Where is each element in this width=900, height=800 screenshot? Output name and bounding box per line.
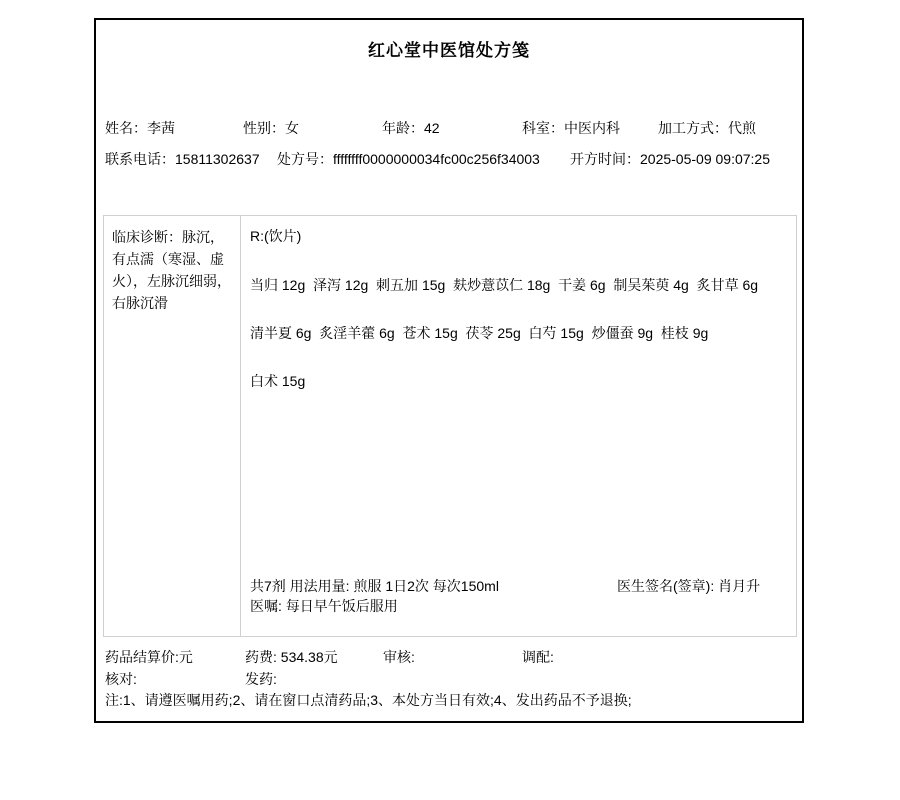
contact-phone-field: 联系电话：15811302637 xyxy=(105,150,260,168)
doctor-signature: 医生签名(签章): 肖月升 xyxy=(617,577,760,595)
rx-type-header: R:(饮片) xyxy=(250,227,301,245)
review-field: 审核: xyxy=(383,648,415,666)
clinical-diagnosis: 临床诊断：脉沉，有点濡（寒湿、虚火），左脉沉细弱，右脉沉滑 xyxy=(104,216,241,636)
patient-gender-field: 性别：女 xyxy=(243,119,299,137)
settle-price-field: 药品结算价:元 xyxy=(105,648,193,666)
doctor-advice: 医嘱: 每日早午饭后服用 xyxy=(250,597,398,615)
herb-line: 当归 12g 泽泻 12g 刺五加 15g 麸炒薏苡仁 18g 干姜 6g 制吴… xyxy=(250,276,758,294)
prescription-sheet: 红心堂中医馆处方笺 姓名：李茜 性别：女 年龄：42 科室：中医内科 加工方式：… xyxy=(94,18,804,723)
dispense-field: 发药: xyxy=(245,670,277,688)
dosage-instructions: 共7剂 用法用量: 煎服 1日2次 每次150ml xyxy=(250,577,499,595)
patient-name-field: 姓名：李茜 xyxy=(105,119,175,137)
processing-method-field: 加工方式：代煎 xyxy=(658,119,756,137)
usage-note: 注:1、请遵医嘱用药;2、请在窗口点清药品;3、本处方当日有效;4、发出药品不予… xyxy=(105,691,632,709)
prepare-field: 调配: xyxy=(522,648,554,666)
prescription-number-field: 处方号：ffffffff0000000034fc00c256f34003 xyxy=(277,150,540,168)
department-field: 科室：中医内科 xyxy=(522,119,620,137)
clinic-title: 红心堂中医馆处方笺 xyxy=(96,36,802,61)
herb-line: 清半夏 6g 炙淫羊藿 6g 苍术 15g 茯苓 25g 白芍 15g 炒僵蚕 … xyxy=(250,324,708,342)
herb-line: 白术 15g xyxy=(250,372,305,390)
check-field: 核对: xyxy=(105,670,137,688)
prescription-box: 临床诊断：脉沉，有点濡（寒湿、虚火），左脉沉细弱，右脉沉滑 R:(饮片) 当归 … xyxy=(103,215,797,637)
patient-age-field: 年龄：42 xyxy=(382,119,440,137)
issue-time-field: 开方时间：2025-05-09 09:07:25 xyxy=(570,150,770,168)
medicine-fee-field: 药费: 534.38元 xyxy=(245,648,338,666)
